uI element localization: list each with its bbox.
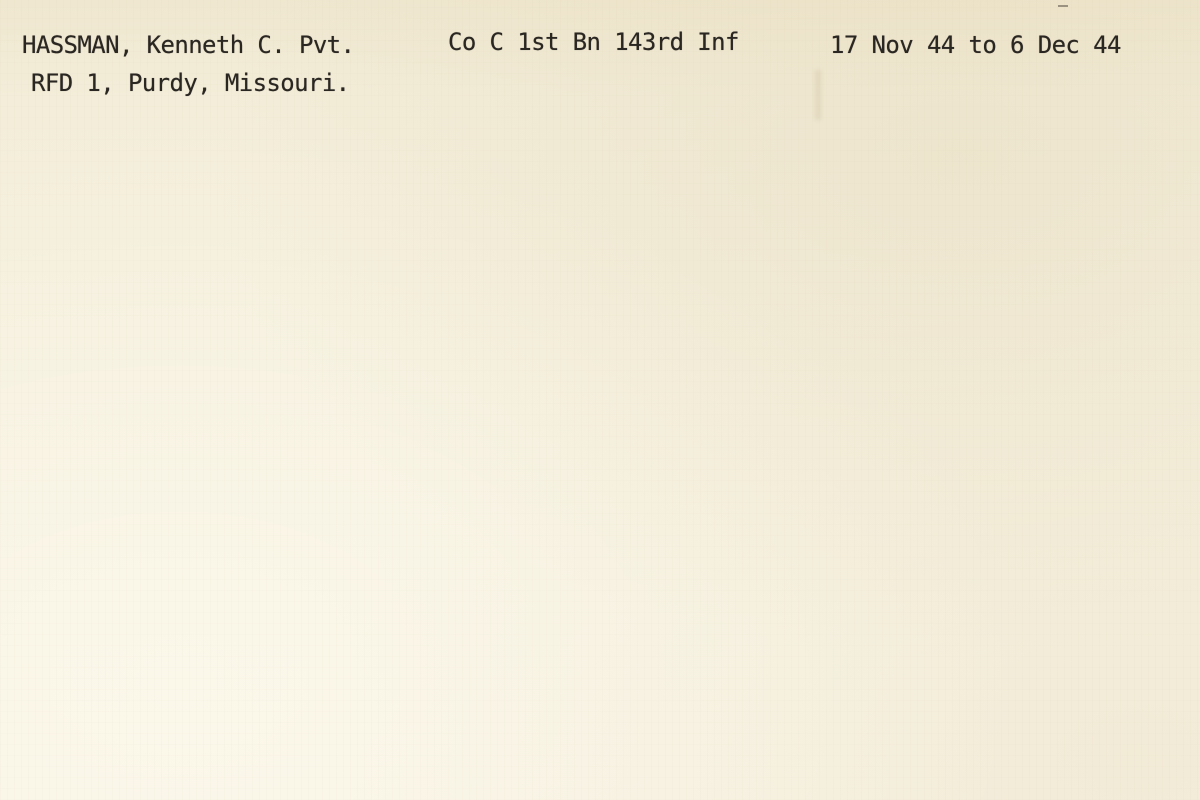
index-card: HASSMAN, Kenneth C. Pvt. Co C 1st Bn 143…	[0, 0, 1200, 800]
ink-speck	[1058, 5, 1068, 7]
unit-designation: Co C 1st Bn 143rd Inf	[448, 30, 739, 54]
home-address: RFD 1, Purdy, Missouri.	[31, 71, 350, 95]
service-date-range: 17 Nov 44 to 6 Dec 44	[830, 33, 1121, 57]
soldier-name-rank: HASSMAN, Kenneth C. Pvt.	[22, 33, 354, 57]
show-through-mark	[815, 70, 821, 120]
